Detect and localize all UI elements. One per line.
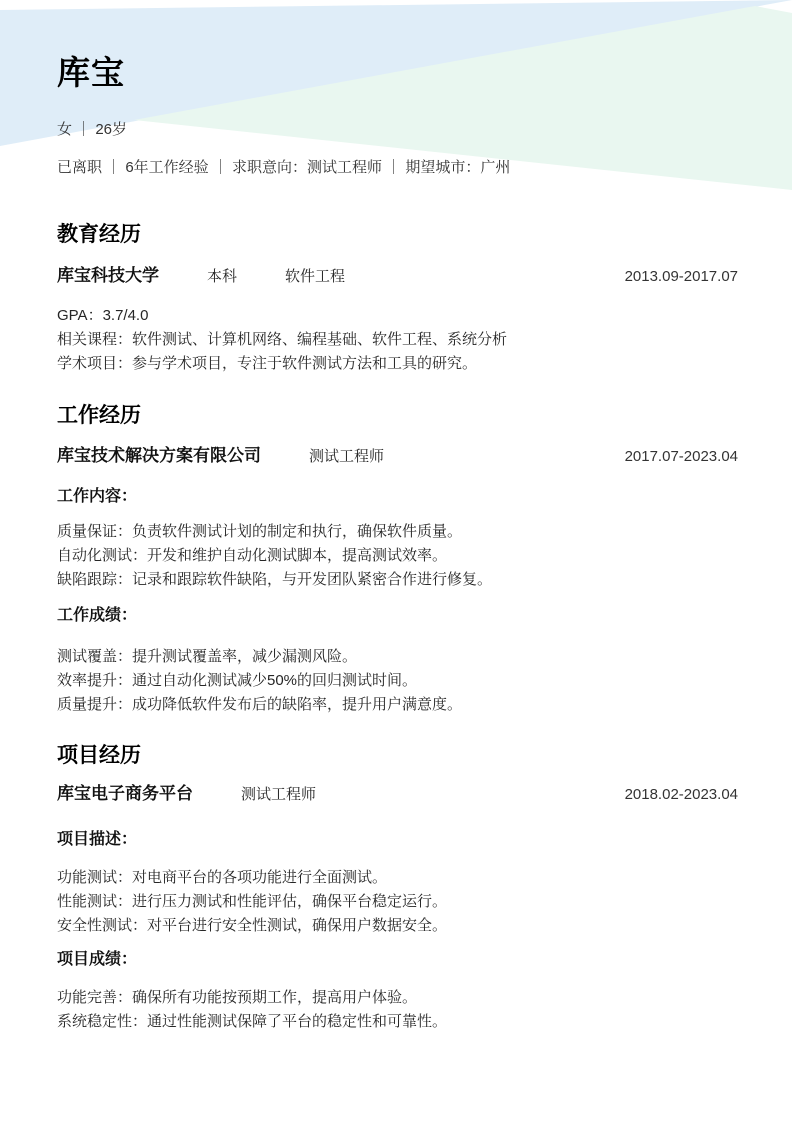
project-achievements-list: 功能完善：确保所有功能按预期工作，提高用户体验。 系统稳定性：通过性能测试保障了… [57, 986, 738, 1034]
project-role: 测试工程师 [241, 785, 316, 804]
project-achievement-line: 功能完善：确保所有功能按预期工作，提高用户体验。 [57, 986, 738, 1010]
project-description-line: 安全性测试：对平台进行安全性测试，确保用户数据安全。 [57, 914, 738, 938]
project-name: 库宝电子商务平台 [57, 784, 193, 803]
project-description-label: 项目描述： [57, 831, 738, 848]
work-duty-line: 质量保证：负责软件测试计划的制定和执行，确保软件质量。 [57, 520, 738, 544]
work-achievement-line: 测试覆盖：提升测试覆盖率，减少漏测风险。 [57, 645, 738, 669]
work-achievement-line: 效率提升：通过自动化测试减少50%的回归测试时间。 [57, 669, 738, 693]
project-description-line: 功能测试：对电商平台的各项功能进行全面测试。 [57, 866, 738, 890]
candidate-name: 库宝 [57, 0, 738, 91]
work-section-title: 工作经历 [57, 404, 738, 427]
company-name: 库宝技术解决方案有限公司 [57, 446, 261, 465]
work-period: 2017.07-2023.04 [625, 447, 738, 466]
work-duties-list: 质量保证：负责软件测试计划的制定和执行，确保软件质量。 自动化测试：开发和维护自… [57, 520, 738, 592]
project-achievement-line: 系统稳定性：通过性能测试保障了平台的稳定性和可靠性。 [57, 1010, 738, 1034]
candidate-summary: 已离职 ｜ 6年工作经验 ｜ 求职意向：测试工程师 ｜ 期望城市：广州 [57, 159, 738, 177]
project-description-line: 性能测试：进行压力测试和性能评估，确保平台稳定运行。 [57, 890, 738, 914]
work-duties-label: 工作内容： [57, 488, 738, 505]
work-duty-line: 缺陷跟踪：记录和跟踪软件缺陷，与开发团队紧密合作进行修复。 [57, 568, 738, 592]
education-section-title: 教育经历 [57, 223, 738, 246]
work-duty-line: 自动化测试：开发和维护自动化测试脚本，提高测试效率。 [57, 544, 738, 568]
candidate-gender-age: 女 ｜ 26岁 [57, 121, 738, 139]
resume-content: 库宝 女 ｜ 26岁 已离职 ｜ 6年工作经验 ｜ 求职意向：测试工程师 ｜ 期… [0, 0, 792, 1034]
project-section: 项目经历 库宝电子商务平台 测试工程师 2018.02-2023.04 项目描述… [57, 744, 738, 1034]
education-entry-row: 库宝科技大学 本科 软件工程 2013.09-2017.07 [57, 266, 738, 286]
degree: 本科 [207, 267, 237, 286]
project-achievements-label: 项目成绩： [57, 951, 738, 968]
project-section-title: 项目经历 [57, 744, 738, 767]
work-achievement-line: 质量提升：成功降低软件发布后的缺陷率，提升用户满意度。 [57, 693, 738, 717]
work-section: 工作经历 库宝技术解决方案有限公司 测试工程师 2017.07-2023.04 … [57, 404, 738, 717]
education-section: 教育经历 库宝科技大学 本科 软件工程 2013.09-2017.07 GPA：… [57, 223, 738, 376]
academic-project-line: 学术项目：参与学术项目，专注于软件测试方法和工具的研究。 [57, 352, 738, 376]
education-details: GPA：3.7/4.0 相关课程：软件测试、计算机网络、编程基础、软件工程、系统… [57, 304, 738, 376]
project-description-list: 功能测试：对电商平台的各项功能进行全面测试。 性能测试：进行压力测试和性能评估，… [57, 866, 738, 938]
courses-line: 相关课程：软件测试、计算机网络、编程基础、软件工程、系统分析 [57, 328, 738, 352]
project-period: 2018.02-2023.04 [625, 785, 738, 804]
education-period: 2013.09-2017.07 [625, 267, 738, 286]
work-role: 测试工程师 [309, 447, 384, 466]
resume-page: 库宝 女 ｜ 26岁 已离职 ｜ 6年工作经验 ｜ 求职意向：测试工程师 ｜ 期… [0, 0, 792, 1121]
work-achievements-label: 工作成绩： [57, 607, 738, 624]
major: 软件工程 [285, 267, 345, 286]
gpa-line: GPA：3.7/4.0 [57, 304, 738, 328]
work-entry-row: 库宝技术解决方案有限公司 测试工程师 2017.07-2023.04 [57, 446, 738, 466]
school-name: 库宝科技大学 [57, 266, 159, 285]
project-entry-row: 库宝电子商务平台 测试工程师 2018.02-2023.04 [57, 784, 738, 804]
work-achievements-list: 测试覆盖：提升测试覆盖率，减少漏测风险。 效率提升：通过自动化测试减少50%的回… [57, 645, 738, 717]
resume-header: 库宝 女 ｜ 26岁 已离职 ｜ 6年工作经验 ｜ 求职意向：测试工程师 ｜ 期… [57, 0, 738, 177]
